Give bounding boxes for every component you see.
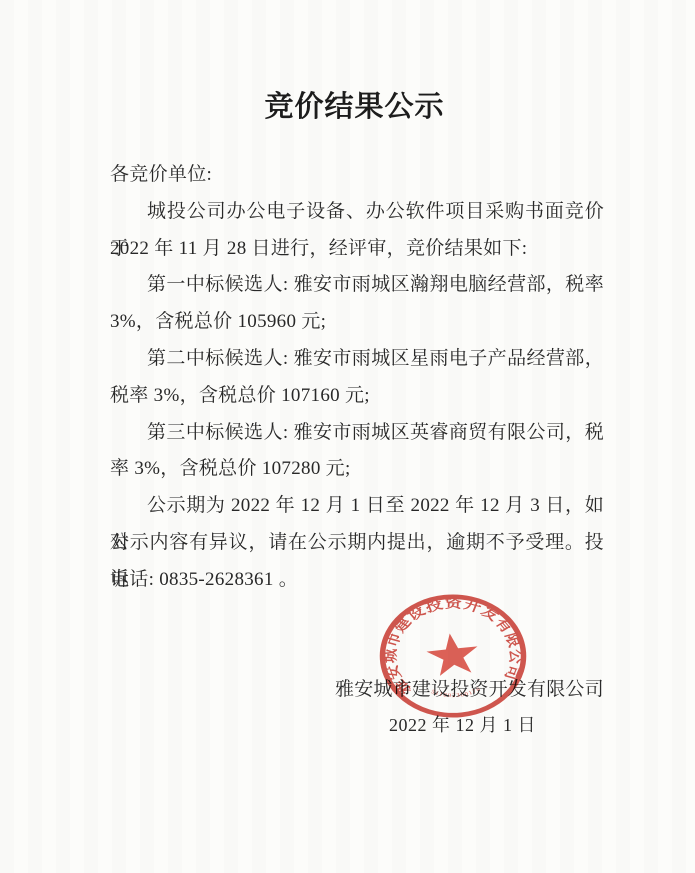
body-line: 第一中标候选人: 雅安市雨城区瀚翔电脑经营部，税率 bbox=[110, 267, 604, 304]
body-line: 各竞价单位: bbox=[110, 157, 604, 194]
body-line: 率 3%，含税总价 107280 元; bbox=[110, 451, 604, 488]
seal-number: 511802300178 bbox=[429, 684, 483, 701]
body-line: 电话: 0835-2628361 。 bbox=[110, 562, 604, 599]
document-body: 各竞价单位:城投公司办公电子设备、办公软件项目采购书面竞价于2022 年 11 … bbox=[110, 157, 604, 599]
body-line: 公示期为 2022 年 12 月 1 日至 2022 年 12 月 3 日，如对 bbox=[110, 488, 604, 525]
document-page: 竞价结果公示 各竞价单位:城投公司办公电子设备、办公软件项目采购书面竞价于202… bbox=[0, 0, 695, 873]
body-line: 3%，含税总价 105960 元; bbox=[110, 304, 604, 341]
body-line: 公示内容有异议，请在公示期内提出，逾期不予受理。投诉 bbox=[110, 525, 604, 562]
body-line: 税率 3%，含税总价 107160 元; bbox=[110, 378, 604, 415]
document-title: 竞价结果公示 bbox=[14, 84, 695, 125]
body-line: 第三中标候选人: 雅安市雨城区英睿商贸有限公司，税 bbox=[110, 415, 604, 452]
body-line: 2022 年 11 月 28 日进行，经评审，竞价结果如下: bbox=[110, 231, 604, 268]
seal-star bbox=[424, 631, 481, 677]
company-seal: 雅安城市建设投资开发有限公司 511802300178 bbox=[364, 581, 542, 731]
body-line: 城投公司办公电子设备、办公软件项目采购书面竞价于 bbox=[110, 194, 604, 231]
body-line: 第二中标候选人: 雅安市雨城区星雨电子产品经营部， bbox=[110, 341, 604, 378]
